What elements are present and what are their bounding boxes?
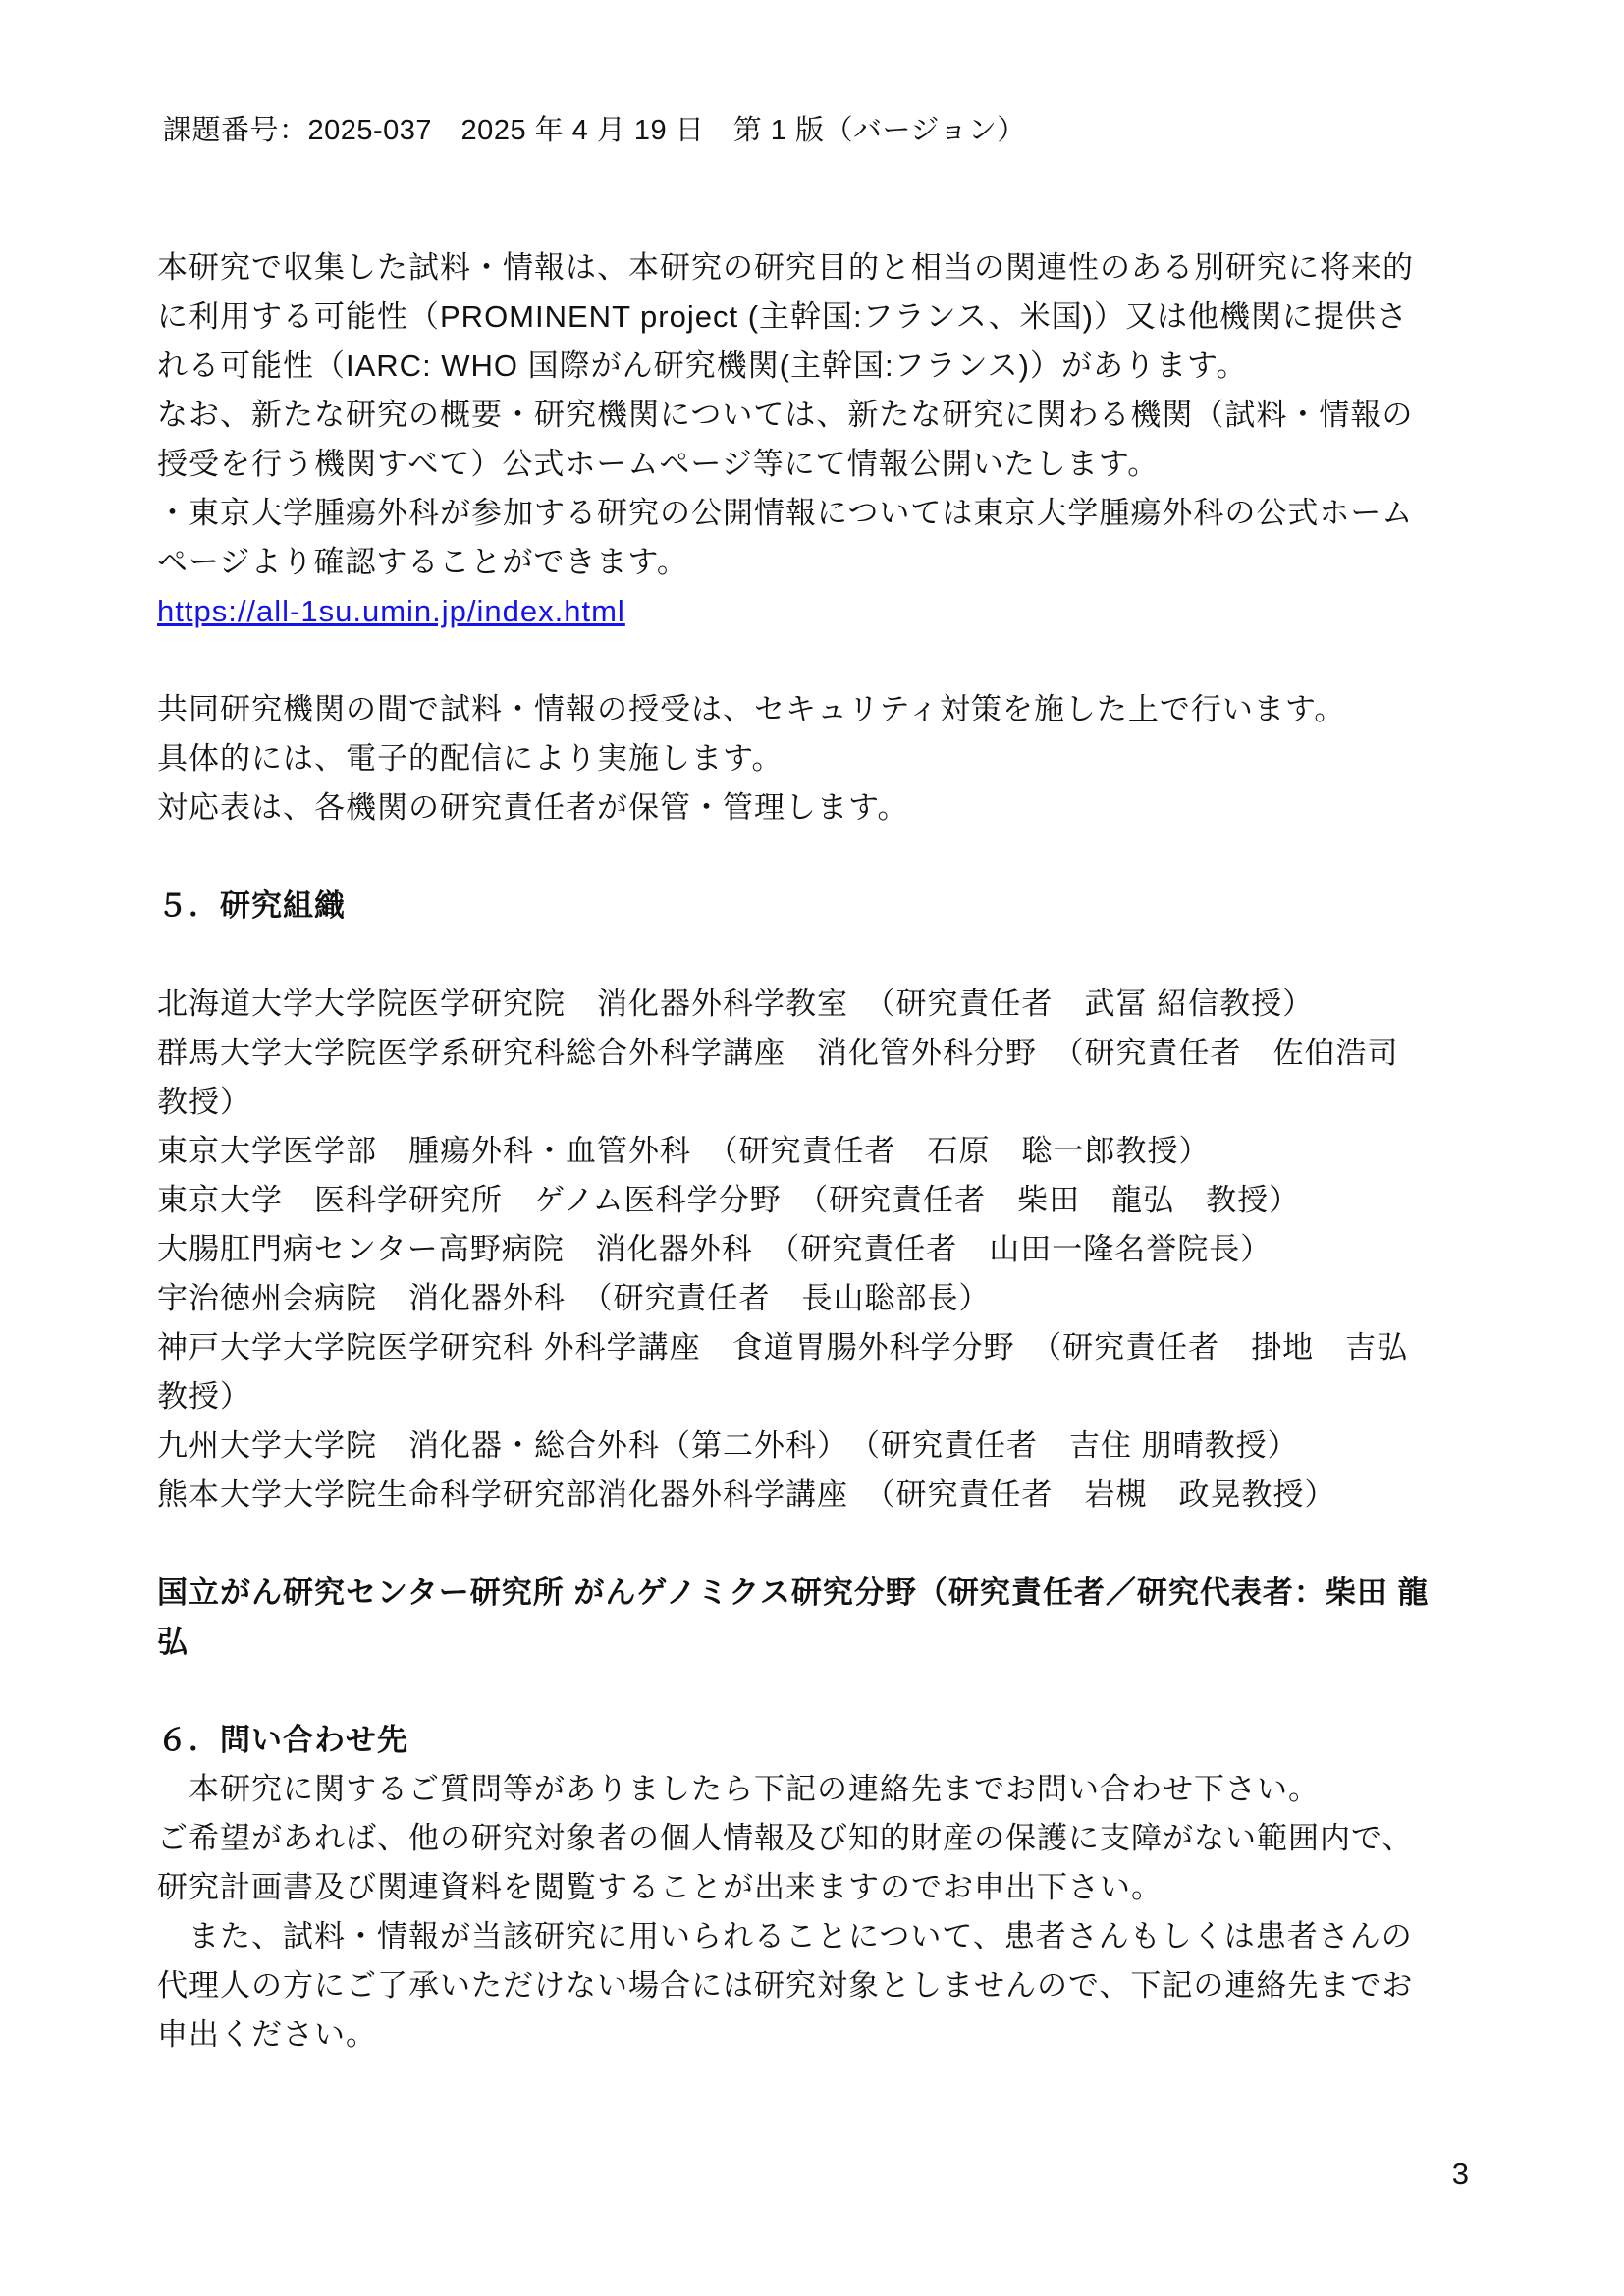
spacer bbox=[157, 832, 1478, 881]
lead-org-line: 弘 bbox=[157, 1618, 1478, 1667]
body-line: 申出ください。 bbox=[157, 2010, 1478, 2059]
org-line: 東京大学医学部 腫瘍外科・血管外科 （研究責任者 石原 聡一郎教授） bbox=[157, 1127, 1478, 1176]
body-line: ページより確認することができます。 bbox=[157, 538, 1478, 587]
body-line: れる可能性（IARC: WHO 国際がん研究機関(主幹国:フランス)）があります… bbox=[157, 342, 1478, 391]
body-line: 授受を行う機関すべて）公式ホームページ等にて情報公開いたします。 bbox=[157, 440, 1478, 489]
paragraph-data-transfer: 共同研究機関の間で試料・情報の授受は、セキュリティ対策を施した上で行います。 具… bbox=[157, 685, 1478, 832]
document-header: 課題番号：2025-037 2025 年 4 月 19 日 第 1 版（バージョ… bbox=[157, 110, 1478, 151]
lead-organization: 国立がん研究センター研究所 がんゲノミクス研究分野（研究責任者／研究代表者：柴田… bbox=[157, 1569, 1478, 1667]
document-page: 課題番号：2025-037 2025 年 4 月 19 日 第 1 版（バージョ… bbox=[0, 0, 1624, 2296]
org-line: 北海道大学大学院医学研究院 消化器外科学教室 （研究責任者 武冨 紹信教授） bbox=[157, 980, 1478, 1029]
org-line: 大腸肛門病センター高野病院 消化器外科 （研究責任者 山田一隆名誉院長） bbox=[157, 1225, 1478, 1274]
paragraph-reuse-of-samples: 本研究で収集した試料・情報は、本研究の研究目的と相当の関連性のある別研究に将来的… bbox=[157, 243, 1478, 636]
paragraph-contact: 本研究に関するご質問等がありましたら下記の連絡先までお問い合わせ下さい。 ご希望… bbox=[157, 1765, 1478, 2059]
spacer bbox=[157, 931, 1478, 980]
spacer bbox=[157, 636, 1478, 685]
section5-heading: ５．研究組織 bbox=[157, 881, 1478, 931]
body-line: 共同研究機関の間で試料・情報の授受は、セキュリティ対策を施した上で行います。 bbox=[157, 685, 1478, 734]
org-line: 神戸大学大学院医学研究科 外科学講座 食道胃腸外科学分野 （研究責任者 掛地 吉… bbox=[157, 1323, 1478, 1372]
org-line: 群馬大学大学院医学系研究科総合外科学講座 消化管外科分野 （研究責任者 佐伯浩司 bbox=[157, 1029, 1478, 1078]
organization-list: 北海道大学大学院医学研究院 消化器外科学教室 （研究責任者 武冨 紹信教授） 群… bbox=[157, 980, 1478, 1520]
spacer bbox=[157, 1667, 1478, 1716]
org-line: 九州大学大学院 消化器・総合外科（第二外科） （研究責任者 吉住 朋晴教授） bbox=[157, 1421, 1478, 1470]
section6-heading: ６．問い合わせ先 bbox=[157, 1716, 1478, 1765]
homepage-link[interactable]: https://all-1su.umin.jp/index.html bbox=[157, 594, 625, 628]
org-line: 教授） bbox=[157, 1372, 1478, 1421]
org-line: 宇治徳州会病院 消化器外科 （研究責任者 長山聡部長） bbox=[157, 1274, 1478, 1323]
spacer bbox=[157, 151, 1478, 243]
body-line: 代理人の方にご了承いただけない場合には研究対象としませんので、下記の連絡先までお bbox=[157, 1961, 1478, 2010]
page-number: 3 bbox=[1452, 2150, 1469, 2199]
body-line: また、試料・情報が当該研究に用いられることについて、患者さんもしくは患者さんの bbox=[157, 1912, 1478, 1961]
org-line: 東京大学 医科学研究所 ゲノム医科学分野 （研究責任者 柴田 龍弘 教授） bbox=[157, 1176, 1478, 1225]
org-line: 熊本大学大学院生命科学研究部消化器外科学講座 （研究責任者 岩槻 政晃教授） bbox=[157, 1470, 1478, 1520]
body-line: に利用する可能性（PROMINENT project (主幹国:フランス、米国)… bbox=[157, 293, 1478, 342]
body-line: 対応表は、各機関の研究責任者が保管・管理します。 bbox=[157, 783, 1478, 832]
body-line: ご希望があれば、他の研究対象者の個人情報及び知的財産の保護に支障がない範囲内で、 bbox=[157, 1814, 1478, 1863]
org-line: 教授） bbox=[157, 1078, 1478, 1127]
spacer bbox=[157, 1520, 1478, 1569]
body-line: 本研究で収集した試料・情報は、本研究の研究目的と相当の関連性のある別研究に将来的 bbox=[157, 243, 1478, 293]
lead-org-line: 国立がん研究センター研究所 がんゲノミクス研究分野（研究責任者／研究代表者：柴田… bbox=[157, 1569, 1478, 1618]
body-line: なお、新たな研究の概要・研究機関については、新たな研究に関わる機関（試料・情報の bbox=[157, 391, 1478, 440]
body-line: 具体的には、電子的配信により実施します。 bbox=[157, 734, 1478, 783]
body-line: 研究計画書及び関連資料を閲覧することが出来ますのでお申出下さい。 bbox=[157, 1863, 1478, 1912]
homepage-link-line: https://all-1su.umin.jp/index.html bbox=[157, 587, 1478, 636]
document-content: 課題番号：2025-037 2025 年 4 月 19 日 第 1 版（バージョ… bbox=[157, 110, 1478, 2059]
body-line: 本研究に関するご質問等がありましたら下記の連絡先までお問い合わせ下さい。 bbox=[157, 1765, 1478, 1814]
body-line: ・東京大学腫瘍外科が参加する研究の公開情報については東京大学腫瘍外科の公式ホーム bbox=[157, 489, 1478, 538]
